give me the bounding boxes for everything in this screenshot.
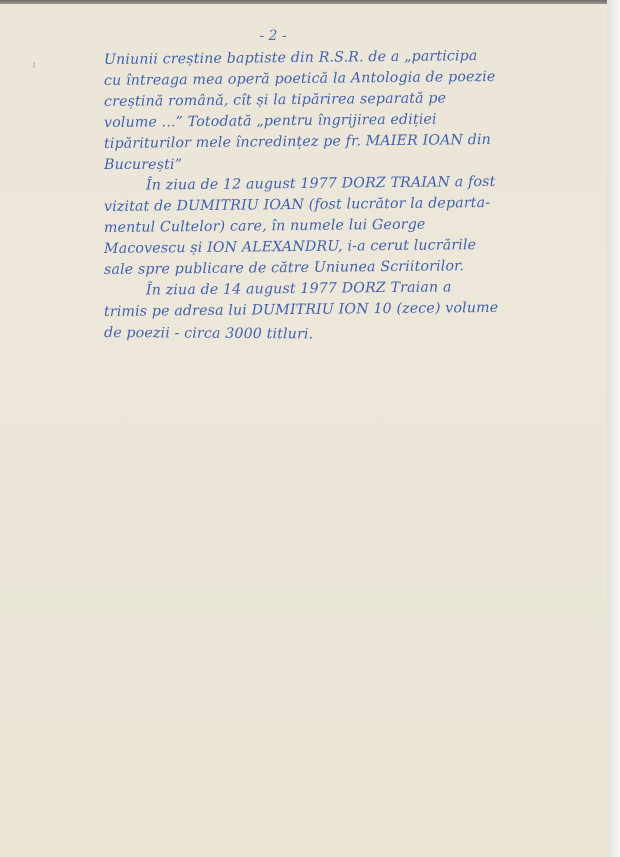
scanned-page: - 2 - Uniunii creștine baptiste din R.S.… [0,0,620,857]
text-line: tipăriturilor mele încredințez pe fr. MA… [104,129,609,155]
text-line: trimis pe adresa lui DUMITRIU ION 10 (ze… [104,297,609,323]
scan-right-margin [607,0,620,857]
paper-mark [33,62,35,68]
handwritten-text-body: Uniunii creștine baptiste din R.S.R. de … [104,50,609,344]
text-line: de poezii - circa 3000 titluri. [104,323,609,348]
page-number: - 2 - [253,28,293,44]
paper-sheet: - 2 - Uniunii creștine baptiste din R.S.… [0,4,607,857]
